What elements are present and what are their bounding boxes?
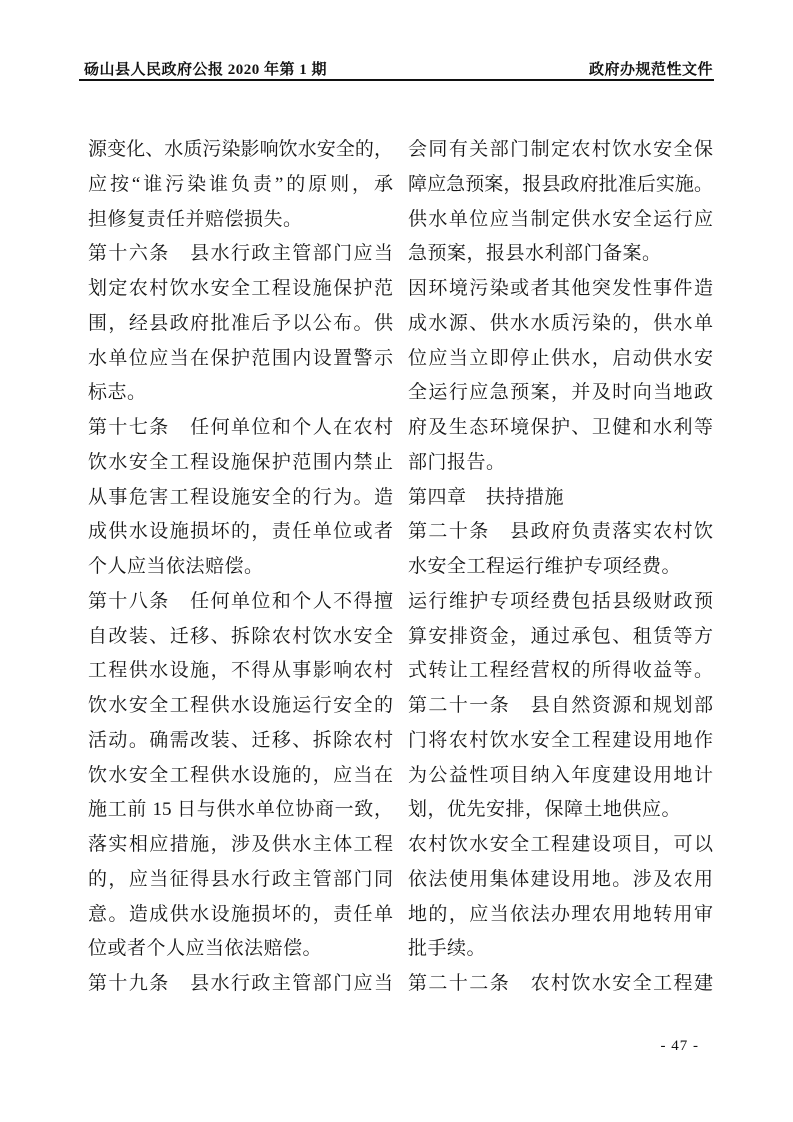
text-line: 地的，应当依法办理农用地转用审 [408,898,713,933]
left-column: 源变化、水质污染影响饮水安全的，应按“谁污染谁负责”的原则，承担修复责任并赔偿损… [88,133,393,1002]
text-line: 成水源、供水水质污染的，供水单 [408,307,713,342]
text-line: 第十八条 任何单位和个人不得擅 [88,585,393,620]
text-line: 自改装、迁移、拆除农村饮水安全 [88,620,393,655]
text-line: 担修复责任并赔偿损失。 [88,203,393,238]
text-line: 饮水安全工程设施保护范围内禁止 [88,446,393,481]
text-line: 急预案，报县水利部门备案。 [408,237,713,272]
text-line: 第十七条 任何单位和个人在农村 [88,411,393,446]
text-line: 位应当立即停止供水，启动供水安 [408,342,713,377]
text-line: 标志。 [88,376,393,411]
page-footer: - 47 - [661,1038,700,1055]
text-line: 饮水安全工程供水设施的，应当在 [88,759,393,794]
text-line: 施工前 15 日与供水单位协商一致， [88,793,393,828]
text-line: 活动。确需改装、迁移、拆除农村 [88,724,393,759]
text-line: 运行维护专项经费包括县级财政预 [408,585,713,620]
text-line: 批手续。 [408,932,713,967]
text-line: 第二十一条 县自然资源和规划部 [408,689,713,724]
text-line: 位或者个人应当依法赔偿。 [88,932,393,967]
right-column: 会同有关部门制定农村饮水安全保障应急预案，报县政府批准后实施。供水单位应当制定供… [408,133,713,1002]
text-line: 会同有关部门制定农村饮水安全保 [408,133,713,168]
text-line: 工程供水设施，不得从事影响农村 [88,654,393,689]
text-line: 全运行应急预案，并及时向当地政 [408,376,713,411]
text-line: 式转让工程经营权的所得收益等。 [408,654,713,689]
text-line: 划定农村饮水安全工程设施保护范 [88,272,393,307]
header-gazette-title: 砀山县人民政府公报 2020 年第 1 期 [84,58,327,79]
text-line: 因环境污染或者其他突发性事件造 [408,272,713,307]
text-line: 部门报告。 [408,446,713,481]
text-line: 农村饮水安全工程建设项目，可以 [408,828,713,863]
header-section-title: 政府办规范性文件 [589,58,713,79]
text-line: 为公益性项目纳入年度建设用地计 [408,759,713,794]
text-line: 饮水安全工程供水设施运行安全的 [88,689,393,724]
text-line: 门将农村饮水安全工程建设用地作 [408,724,713,759]
text-line: 落实相应措施，涉及供水主体工程 [88,828,393,863]
text-line: 水单位应当在保护范围内设置警示 [88,342,393,377]
text-line: 围，经县政府批准后予以公布。供 [88,307,393,342]
text-line: 障应急预案，报县政府批准后实施。 [408,168,713,203]
text-line: 意。造成供水设施损坏的，责任单 [88,898,393,933]
text-line: 第十九条 县水行政主管部门应当 [88,967,393,1002]
text-line: 第四章 扶持措施 [408,481,713,516]
text-line: 的，应当征得县水行政主管部门同 [88,863,393,898]
text-line: 第十六条 县水行政主管部门应当 [88,237,393,272]
text-line: 供水单位应当制定供水安全运行应 [408,203,713,238]
text-line: 个人应当依法赔偿。 [88,550,393,585]
text-line: 依法使用集体建设用地。涉及农用 [408,863,713,898]
document-body: 源变化、水质污染影响饮水安全的，应按“谁污染谁负责”的原则，承担修复责任并赔偿损… [88,133,713,1002]
text-line: 应按“谁污染谁负责”的原则，承 [88,168,393,203]
text-line: 府及生态环境保护、卫健和水利等 [408,411,713,446]
text-line: 从事危害工程设施安全的行为。造 [88,481,393,516]
page-number: - 47 - [661,1038,700,1054]
text-line: 水安全工程运行维护专项经费。 [408,550,713,585]
text-line: 第二十条 县政府负责落实农村饮 [408,515,713,550]
header-rule [79,79,714,81]
text-line: 成供水设施损坏的，责任单位或者 [88,515,393,550]
document-page: 砀山县人民政府公报 2020 年第 1 期 政府办规范性文件 源变化、水质污染影… [0,0,793,1122]
page-header: 砀山县人民政府公报 2020 年第 1 期 政府办规范性文件 [84,58,713,79]
text-line: 源变化、水质污染影响饮水安全的， [88,133,393,168]
text-line: 划，优先安排，保障土地供应。 [408,793,713,828]
text-line: 第二十二条 农村饮水安全工程建 [408,967,713,1002]
text-line: 算安排资金，通过承包、租赁等方 [408,620,713,655]
